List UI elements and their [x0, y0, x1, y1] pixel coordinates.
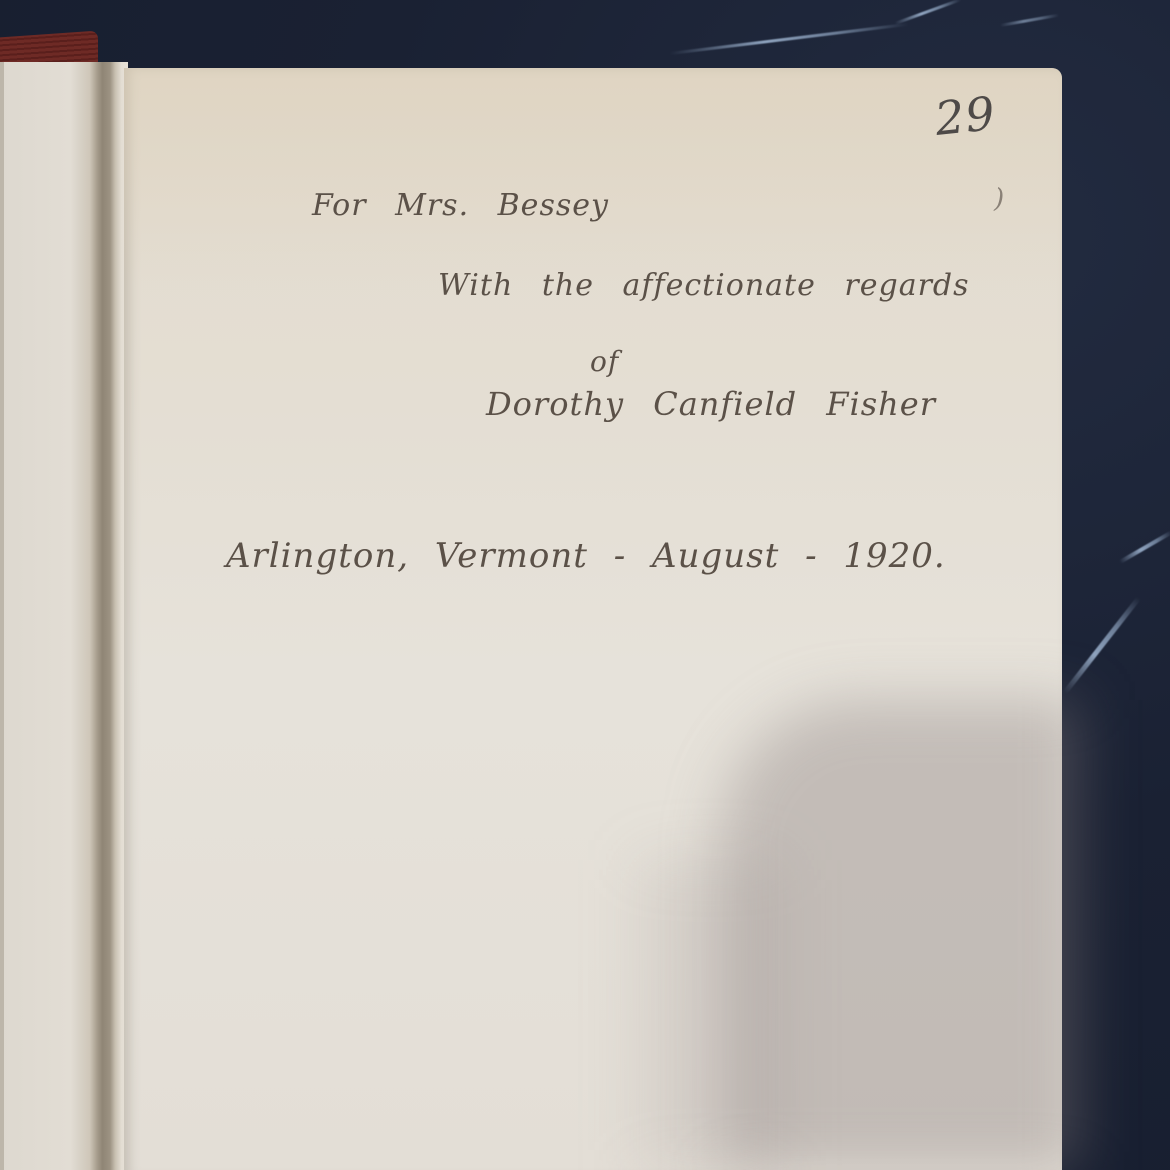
inscription-of: of [590, 345, 619, 378]
marble-vein [1000, 14, 1060, 27]
marble-vein [670, 23, 909, 55]
inscription-recipient: For Mrs. Bessey [312, 188, 609, 223]
hand-shadow [720, 700, 1080, 1170]
page-gutter [0, 62, 128, 1170]
marble-vein [1119, 530, 1170, 563]
page-number: 29 [932, 86, 998, 146]
inscription-place-date: Arlington, Vermont - August - 1920. [226, 536, 946, 576]
margin-mark: ) [994, 184, 1005, 214]
book-photo: 29 ) For Mrs. Bessey With the affectiona… [0, 0, 1170, 1170]
inscription-regards: With the affectionate regards [438, 268, 970, 303]
author-signature: Dorothy Canfield Fisher [486, 385, 936, 423]
marble-vein [1063, 596, 1141, 694]
marble-vein [894, 0, 961, 25]
